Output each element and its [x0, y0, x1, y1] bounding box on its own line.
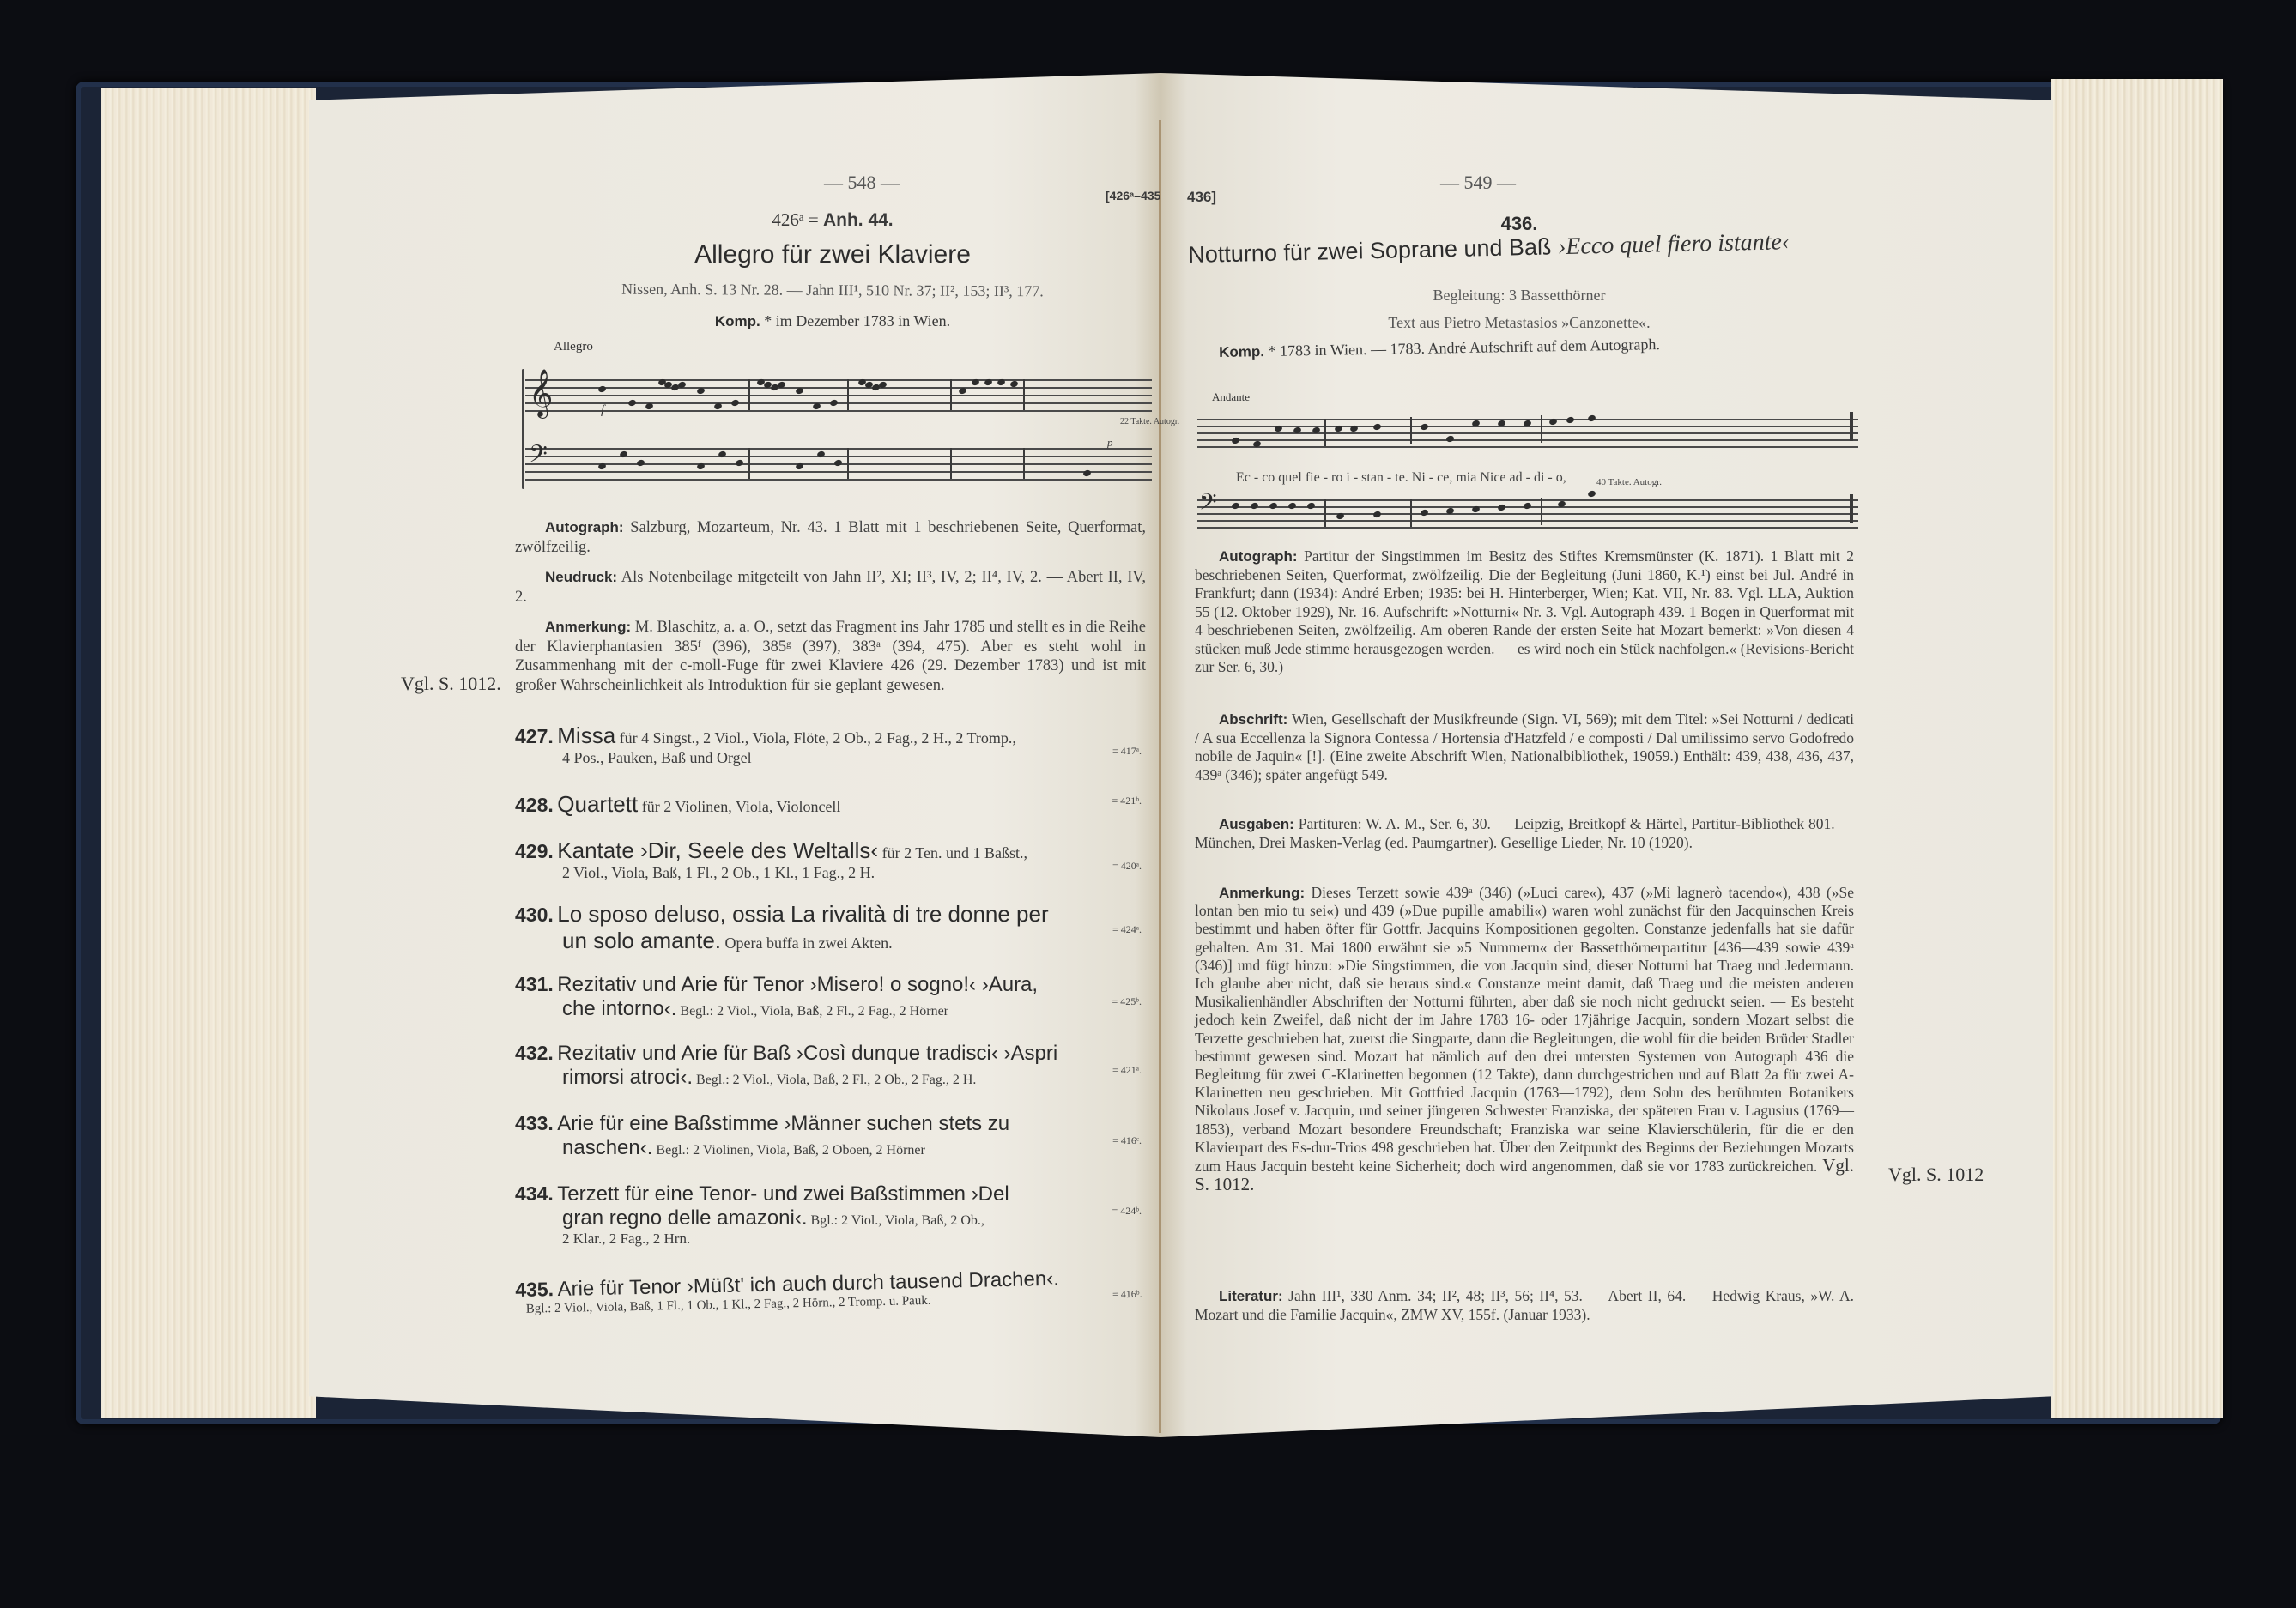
left-anmerkung: Anmerkung: M. Blaschitz, a. a. O., setzt…: [515, 618, 1146, 695]
entry-concordance: = 416ᶜ.: [1112, 1134, 1142, 1147]
brace: [522, 369, 524, 489]
left-page-number: — 548 —: [824, 172, 900, 194]
dynamic-piano: p: [1107, 436, 1113, 450]
abschrift-text: Wien, Gesellschaft der Musikfreunde (Sig…: [1195, 710, 1854, 783]
right-page-number: — 549 —: [1440, 172, 1516, 194]
komp-text: * im Dezember 1783 in Wien.: [760, 312, 950, 329]
right-running-head: 436]: [1187, 189, 1216, 206]
entry-title-cont: che intorno‹.: [562, 997, 676, 1020]
left-tempo: Allegro: [554, 340, 593, 354]
entry-title: Lo sposo deluso, ossia La rivalità di tr…: [557, 901, 1048, 927]
right-begleitung: Begleitung: 3 Bassetthörner: [1184, 287, 1854, 305]
bass-clef-icon: 𝄢: [1199, 491, 1217, 518]
autograph-text: Partitur der Singstimmen im Besitz des S…: [1195, 547, 1854, 675]
left-autograph: Autograph: Salzburg, Mozarteum, Nr. 43. …: [515, 518, 1146, 557]
catalog-entry-432: 432. Rezitativ und Arie für Baß ›Così du…: [515, 1042, 1150, 1090]
catalog-entry-429: 429. Kantate ›Dir, Seele des Weltalls‹ f…: [515, 837, 1150, 882]
bass-clef-icon: 𝄢: [529, 443, 548, 472]
autograph-label: Autograph:: [545, 519, 624, 535]
entry-id-anh: Anh. 44.: [823, 210, 894, 230]
book-gutter: [1159, 120, 1161, 1433]
left-komp: Komp. * im Dezember 1783 in Wien.: [515, 312, 1150, 330]
entry-scoring: Bgl.: 2 Viol., Viola, Baß, 2 Ob.,: [808, 1213, 984, 1228]
entry-number: 433.: [515, 1112, 554, 1134]
left-music-note: 22 Takte. Autogr.: [1120, 417, 1179, 426]
left-margin-note: Vgl. S. 1012.: [401, 673, 501, 695]
entry-scoring: für 4 Singst., 2 Viol., Viola, Flöte, 2 …: [615, 729, 1016, 747]
entry-title-cont: gran regno delle amazoni‹.: [562, 1206, 808, 1230]
entry-concordance: = 416ᵇ.: [1112, 1288, 1142, 1302]
abschrift-label: Abschrift:: [1219, 711, 1287, 728]
entry-number: 430.: [515, 904, 554, 926]
entry-scoring-cont: 2 Viol., Viola, Baß, 1 Fl., 2 Ob., 1 Kl.…: [515, 864, 1150, 882]
entry-title: Quartett: [557, 791, 638, 817]
entry-concordance: = 417ᵃ.: [1112, 745, 1142, 758]
entry-number: 434.: [515, 1182, 554, 1205]
entry-id-prefix: 426ᵃ =: [772, 209, 823, 230]
catalog-entry-434: 434. Terzett für eine Tenor- und zwei Ba…: [515, 1182, 1150, 1248]
ausgaben-label: Ausgaben:: [1219, 816, 1294, 832]
entry-concordance: = 420ᵃ.: [1112, 860, 1142, 873]
title-italic: ›Ecco quel fiero istante‹: [1558, 228, 1790, 260]
left-entry-id: 426ᵃ = Anh. 44.: [515, 209, 1150, 231]
entry-scoring-cont: 2 Klar., 2 Fag., 2 Hrn.: [515, 1230, 1150, 1248]
left-neudruck: Neudruck: Als Notenbeilage mitgeteilt vo…: [515, 568, 1146, 607]
entry-title-cont: un solo amante.: [562, 928, 721, 953]
page-block-left: [101, 88, 316, 1418]
literatur-label: Literatur:: [1219, 1288, 1283, 1304]
entry-title-cont: naschen‹.: [562, 1136, 652, 1159]
page-block-right: [2051, 79, 2223, 1418]
entry-scoring: für 2 Violinen, Viola, Violoncell: [638, 798, 840, 815]
entry-number: 427.: [515, 725, 554, 747]
entry-scoring: Begl.: 2 Viol., Viola, Baß, 2 Fl., 2 Fag…: [676, 1004, 948, 1019]
anmerkung-text: Dieses Terzett sowie 439ᵃ (346) (»Luci c…: [1195, 884, 1854, 1175]
entry-scoring: für 2 Ten. und 1 Baßst.,: [878, 844, 1027, 861]
left-title: Allegro für zwei Klaviere: [515, 240, 1150, 269]
catalog-entry-427: 427. Missa für 4 Singst., 2 Viol., Viola…: [515, 722, 1150, 767]
entry-concordance: = 421ᵇ.: [1112, 795, 1142, 807]
entry-number: 431.: [515, 973, 554, 995]
right-literatur: Literatur: Jahn III¹, 330 Anm. 34; II², …: [1195, 1287, 1854, 1324]
literatur-text: Jahn III¹, 330 Anm. 34; II², 48; II³, 56…: [1195, 1287, 1854, 1323]
entry-title: Kantate ›Dir, Seele des Weltalls‹: [557, 837, 878, 863]
right-anmerkung: Anmerkung: Dieses Terzett sowie 439ᵃ (34…: [1195, 884, 1854, 1194]
right-ausgaben: Ausgaben: Partituren: W. A. M., Ser. 6, …: [1195, 815, 1854, 852]
entry-scoring: Opera buffa in zwei Akten.: [721, 934, 893, 952]
treble-clef-icon: 𝄞: [529, 372, 553, 414]
entry-title: Rezitativ und Arie für Baß ›Così dunque …: [557, 1042, 1057, 1065]
right-autograph: Autograph: Partitur der Singstimmen im B…: [1195, 547, 1854, 677]
entry-title-cont: rimorsi atroci‹.: [562, 1066, 693, 1089]
right-abschrift: Abschrift: Wien, Gesellschaft der Musikf…: [1195, 710, 1854, 784]
anmerkung-label: Anmerkung:: [545, 619, 631, 635]
entry-scoring: Begl.: 2 Violinen, Viola, Baß, 2 Oboen, …: [652, 1143, 924, 1158]
right-tempo: Andante: [1212, 390, 1250, 404]
left-music-staff: 𝄞 𝄢: [525, 369, 1152, 489]
left-sources: Nissen, Anh. S. 13 Nr. 28. — Jahn III¹, …: [515, 280, 1150, 301]
komp-label: Komp.: [1219, 343, 1264, 360]
entry-scoring: Begl.: 2 Viol., Viola, Baß, 2 Fl., 2 Ob.…: [693, 1073, 976, 1087]
ausgaben-text: Partituren: W. A. M., Ser. 6, 30. — Leip…: [1195, 815, 1854, 851]
entry-concordance: = 424ᵃ.: [1112, 923, 1142, 936]
entry-concordance: = 425ᵇ.: [1112, 995, 1142, 1008]
entry-number: 429.: [515, 840, 554, 862]
right-text-source: Text aus Pietro Metastasios »Canzonette«…: [1184, 314, 1854, 332]
entry-number: 435.: [515, 1278, 554, 1301]
entry-title: Missa: [557, 722, 615, 748]
entry-title: Terzett für eine Tenor- und zwei Baßstim…: [557, 1182, 1009, 1206]
catalog-entry-433: 433. Arie für eine Baßstimme ›Männer suc…: [515, 1112, 1150, 1160]
left-running-head: [426ᵃ–435: [1106, 189, 1160, 203]
right-margin-note: Vgl. S. 1012: [1888, 1164, 1984, 1186]
entry-number: 432.: [515, 1042, 554, 1064]
entry-title: Arie für eine Baßstimme ›Männer suchen s…: [557, 1112, 1009, 1135]
entry-title: Rezitativ und Arie für Tenor ›Misero! o …: [557, 973, 1038, 996]
entry-concordance: = 421ᵃ.: [1112, 1064, 1142, 1077]
catalog-entry-430: 430. Lo sposo deluso, ossia La rivalità …: [515, 901, 1150, 954]
entry-concordance: = 424ᵇ.: [1112, 1205, 1142, 1218]
autograph-label: Autograph:: [1219, 548, 1298, 565]
anmerkung-label: Anmerkung:: [1219, 885, 1305, 901]
neudruck-label: Neudruck:: [545, 569, 617, 585]
catalog-entry-431: 431. Rezitativ und Arie für Tenor ›Miser…: [515, 973, 1150, 1021]
catalog-entry-428: 428. Quartett für 2 Violinen, Viola, Vio…: [515, 791, 1150, 818]
dynamic-forte: f: [601, 403, 604, 418]
komp-label: Komp.: [715, 313, 760, 329]
entry-number: 428.: [515, 794, 554, 816]
right-music-note: 40 Takte. Autogr.: [1596, 477, 1662, 487]
right-lyrics: Ec - co quel fie - ro i - stan - te. Ni …: [1236, 470, 1566, 486]
entry-scoring-cont: 4 Pos., Pauken, Baß und Orgel: [515, 749, 1150, 767]
